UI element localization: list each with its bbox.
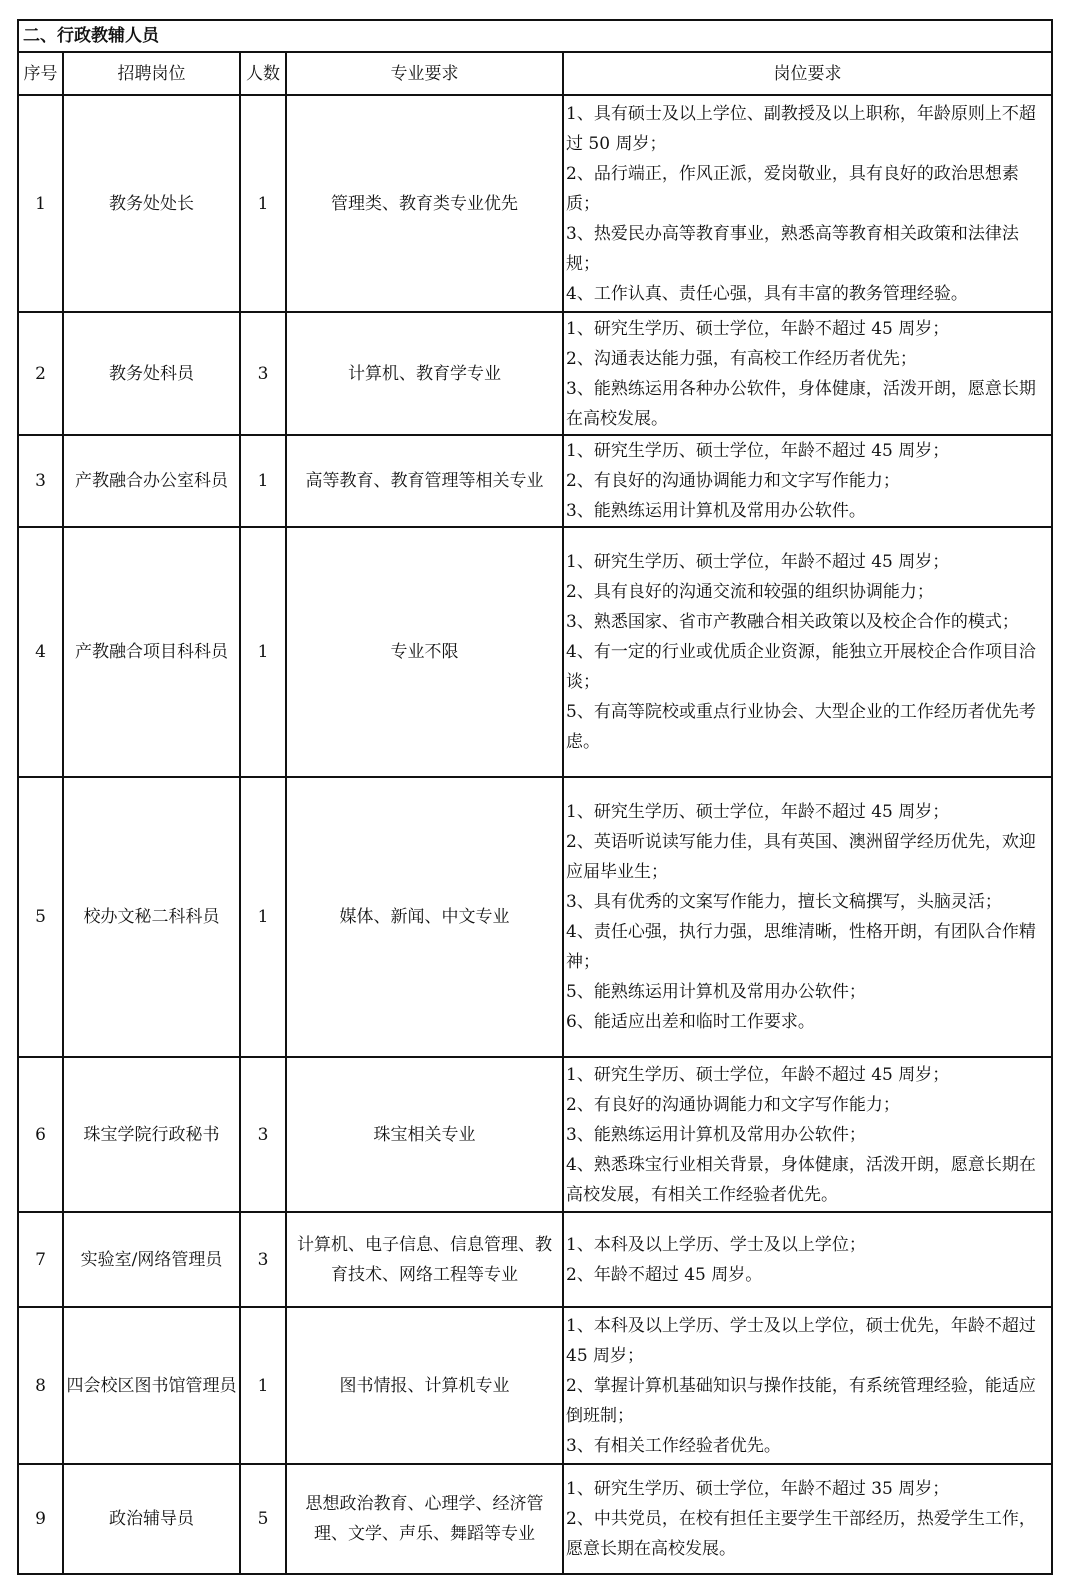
row-count: 1	[240, 1307, 286, 1464]
row-count: 1	[240, 95, 286, 312]
row-position: 产教融合办公室科员	[63, 435, 240, 527]
row-major: 珠宝相关专业	[286, 1057, 563, 1212]
row-requirements: 1、研究生学历、硕士学位，年龄不超过 45 周岁；2、有良好的沟通协调能力和文字…	[563, 435, 1052, 527]
requirement-item: 1、研究生学历、硕士学位，年龄不超过 35 周岁；	[566, 1474, 1049, 1504]
row-count: 3	[240, 312, 286, 435]
row-position: 政治辅导员	[63, 1464, 240, 1574]
table-row: 6珠宝学院行政秘书3珠宝相关专业1、研究生学历、硕士学位，年龄不超过 45 周岁…	[18, 1057, 1052, 1212]
row-position: 珠宝学院行政秘书	[63, 1057, 240, 1212]
recruitment-table: 二、行政教辅人员 序号 招聘岗位 人数 专业要求 岗位要求 1教务处处长1管理类…	[17, 19, 1053, 1575]
row-count: 5	[240, 1464, 286, 1574]
requirement-item: 3、热爱民办高等教育事业，熟悉高等教育相关政策和法律法规；	[566, 219, 1049, 279]
row-no: 9	[18, 1464, 63, 1574]
requirement-item: 2、沟通表达能力强，有高校工作经历者优先；	[566, 344, 1049, 374]
row-requirements: 1、研究生学历、硕士学位，年龄不超过 35 周岁；2、中共党员，在校有担任主要学…	[563, 1464, 1052, 1574]
requirement-item: 3、能熟练运用计算机及常用办公软件。	[566, 496, 1049, 526]
row-major: 思想政治教育、心理学、经济管理、文学、声乐、舞蹈等专业	[286, 1464, 563, 1574]
requirement-item: 1、研究生学历、硕士学位，年龄不超过 45 周岁；	[566, 1060, 1049, 1090]
requirement-item: 3、有相关工作经验者优先。	[566, 1431, 1049, 1461]
requirement-item: 1、具有硕士及以上学位、副教授及以上职称，年龄原则上不超过 50 周岁；	[566, 99, 1049, 159]
requirement-item: 1、本科及以上学历、学士及以上学位；	[566, 1230, 1049, 1260]
requirement-item: 2、品行端正，作风正派，爱岗敬业，具有良好的政治思想素质；	[566, 159, 1049, 219]
requirement-item: 2、中共党员，在校有担任主要学生干部经历，热爱学生工作，愿意长期在高校发展。	[566, 1504, 1049, 1564]
row-no: 1	[18, 95, 63, 312]
header-requirements: 岗位要求	[563, 52, 1052, 95]
row-position: 校办文秘二科科员	[63, 777, 240, 1057]
row-count: 3	[240, 1212, 286, 1307]
table-row: 3产教融合办公室科员1高等教育、教育管理等相关专业1、研究生学历、硕士学位，年龄…	[18, 435, 1052, 527]
row-requirements: 1、具有硕士及以上学位、副教授及以上职称，年龄原则上不超过 50 周岁；2、品行…	[563, 95, 1052, 312]
requirement-item: 4、有一定的行业或优质企业资源，能独立开展校企合作项目洽谈；	[566, 637, 1049, 697]
requirement-item: 1、研究生学历、硕士学位，年龄不超过 45 周岁；	[566, 547, 1049, 577]
requirement-item: 2、年龄不超过 45 周岁。	[566, 1260, 1049, 1290]
requirement-item: 1、研究生学历、硕士学位，年龄不超过 45 周岁；	[566, 797, 1049, 827]
row-major: 媒体、新闻、中文专业	[286, 777, 563, 1057]
row-requirements: 1、本科及以上学历、学士及以上学位，硕士优先，年龄不超过 45 周岁；2、掌握计…	[563, 1307, 1052, 1464]
row-position: 教务处科员	[63, 312, 240, 435]
row-position: 教务处处长	[63, 95, 240, 312]
row-no: 4	[18, 527, 63, 777]
row-major: 计算机、电子信息、信息管理、教育技术、网络工程等专业	[286, 1212, 563, 1307]
table-row: 8四会校区图书馆管理员1图书情报、计算机专业1、本科及以上学历、学士及以上学位，…	[18, 1307, 1052, 1464]
requirement-item: 2、英语听说读写能力佳，具有英国、澳洲留学经历优先，欢迎应届毕业生；	[566, 827, 1049, 887]
row-no: 5	[18, 777, 63, 1057]
header-count: 人数	[240, 52, 286, 95]
table-row: 1教务处处长1管理类、教育类专业优先1、具有硕士及以上学位、副教授及以上职称，年…	[18, 95, 1052, 312]
requirement-item: 3、能熟练运用计算机及常用办公软件；	[566, 1120, 1049, 1150]
header-row: 序号 招聘岗位 人数 专业要求 岗位要求	[18, 52, 1052, 95]
requirement-item: 5、能熟练运用计算机及常用办公软件；	[566, 977, 1049, 1007]
requirement-item: 4、责任心强，执行力强，思维清晰，性格开朗，有团队合作精神；	[566, 917, 1049, 977]
row-no: 8	[18, 1307, 63, 1464]
requirement-item: 1、研究生学历、硕士学位，年龄不超过 45 周岁；	[566, 314, 1049, 344]
header-no: 序号	[18, 52, 63, 95]
table-row: 4产教融合项目科科员1专业不限1、研究生学历、硕士学位，年龄不超过 45 周岁；…	[18, 527, 1052, 777]
row-major: 管理类、教育类专业优先	[286, 95, 563, 312]
table-row: 7实验室/网络管理员3计算机、电子信息、信息管理、教育技术、网络工程等专业1、本…	[18, 1212, 1052, 1307]
row-requirements: 1、本科及以上学历、学士及以上学位；2、年龄不超过 45 周岁。	[563, 1212, 1052, 1307]
requirement-item: 6、能适应出差和临时工作要求。	[566, 1007, 1049, 1037]
row-requirements: 1、研究生学历、硕士学位，年龄不超过 45 周岁；2、英语听说读写能力佳，具有英…	[563, 777, 1052, 1057]
row-no: 3	[18, 435, 63, 527]
row-position: 实验室/网络管理员	[63, 1212, 240, 1307]
requirement-item: 2、具有良好的沟通交流和较强的组织协调能力；	[566, 577, 1049, 607]
requirement-item: 2、掌握计算机基础知识与操作技能，有系统管理经验，能适应倒班制；	[566, 1371, 1049, 1431]
section-title-row: 二、行政教辅人员	[18, 20, 1052, 52]
row-count: 1	[240, 777, 286, 1057]
section-title: 二、行政教辅人员	[18, 20, 1052, 52]
table-row: 2教务处科员3计算机、教育学专业1、研究生学历、硕士学位，年龄不超过 45 周岁…	[18, 312, 1052, 435]
row-no: 7	[18, 1212, 63, 1307]
row-requirements: 1、研究生学历、硕士学位，年龄不超过 45 周岁；2、具有良好的沟通交流和较强的…	[563, 527, 1052, 777]
row-major: 计算机、教育学专业	[286, 312, 563, 435]
header-major: 专业要求	[286, 52, 563, 95]
requirement-item: 3、能熟练运用各种办公软件，身体健康，活泼开朗，愿意长期在高校发展。	[566, 374, 1049, 434]
row-major: 图书情报、计算机专业	[286, 1307, 563, 1464]
row-count: 3	[240, 1057, 286, 1212]
requirement-item: 2、有良好的沟通协调能力和文字写作能力；	[566, 466, 1049, 496]
requirement-item: 3、熟悉国家、省市产教融合相关政策以及校企合作的模式；	[566, 607, 1049, 637]
row-position: 产教融合项目科科员	[63, 527, 240, 777]
row-requirements: 1、研究生学历、硕士学位，年龄不超过 45 周岁；2、有良好的沟通协调能力和文字…	[563, 1057, 1052, 1212]
requirement-item: 4、工作认真、责任心强，具有丰富的教务管理经验。	[566, 279, 1049, 309]
requirement-item: 1、本科及以上学历、学士及以上学位，硕士优先，年龄不超过 45 周岁；	[566, 1311, 1049, 1371]
row-major: 专业不限	[286, 527, 563, 777]
requirement-item: 2、有良好的沟通协调能力和文字写作能力；	[566, 1090, 1049, 1120]
row-count: 1	[240, 527, 286, 777]
row-no: 2	[18, 312, 63, 435]
row-no: 6	[18, 1057, 63, 1212]
row-requirements: 1、研究生学历、硕士学位，年龄不超过 45 周岁；2、沟通表达能力强，有高校工作…	[563, 312, 1052, 435]
row-count: 1	[240, 435, 286, 527]
requirement-item: 1、研究生学历、硕士学位，年龄不超过 45 周岁；	[566, 436, 1049, 466]
requirement-item: 4、熟悉珠宝行业相关背景，身体健康，活泼开朗，愿意长期在高校发展，有相关工作经验…	[566, 1150, 1049, 1210]
row-position: 四会校区图书馆管理员	[63, 1307, 240, 1464]
row-major: 高等教育、教育管理等相关专业	[286, 435, 563, 527]
requirement-item: 3、具有优秀的文案写作能力，擅长文稿撰写，头脑灵活；	[566, 887, 1049, 917]
table-row: 9政治辅导员5思想政治教育、心理学、经济管理、文学、声乐、舞蹈等专业1、研究生学…	[18, 1464, 1052, 1574]
table-row: 5校办文秘二科科员1媒体、新闻、中文专业1、研究生学历、硕士学位，年龄不超过 4…	[18, 777, 1052, 1057]
requirement-item: 5、有高等院校或重点行业协会、大型企业的工作经历者优先考虑。	[566, 697, 1049, 757]
header-position: 招聘岗位	[63, 52, 240, 95]
